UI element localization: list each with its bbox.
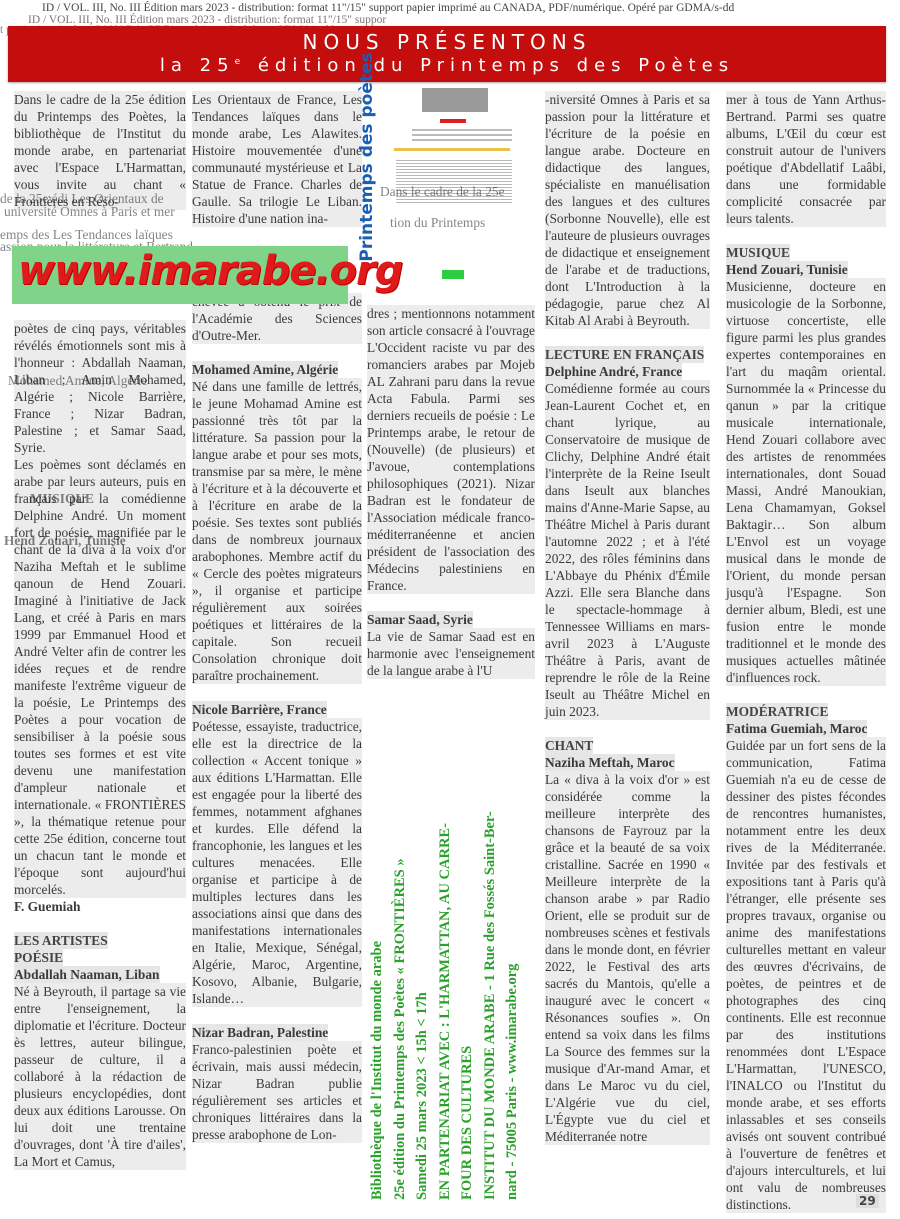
section-title-moderator: MODÉRATRICE <box>726 703 828 720</box>
poster-text-lines <box>412 126 512 144</box>
artist-bio: Franco-palestinien poète et écrivain, ma… <box>192 1041 362 1143</box>
bio-continued: Les Orientaux de France, Les Tendances l… <box>192 91 362 227</box>
artist-bio: La vie de Samar Saad est en harmonie ave… <box>367 628 535 679</box>
artist-bio: Né dans une famille de lettrés, le jeune… <box>192 378 362 684</box>
event-line: nard - 75005 Paris - www.imarabe.org <box>501 690 524 1200</box>
artist-bio: Guidée par un fort sens de la communicat… <box>726 737 886 1213</box>
poster-vertical-title: Printemps des poètes <box>356 86 378 228</box>
event-info-lines: Bibliothèque de l'Institut du monde arab… <box>366 690 524 1200</box>
subsection-poetry: POÉSIE <box>14 949 63 966</box>
section-title-artists: LES ARTISTES <box>14 932 108 949</box>
poster-green-badge <box>442 270 464 279</box>
bio-continued: dres ; mentionnons notamment son article… <box>367 305 535 594</box>
artist-bio: Né à Beyrouth, il partage sa vie entre l… <box>14 983 186 1170</box>
column-4: -niversité Omnes à Paris et sa passion p… <box>545 91 710 1145</box>
artist-name: Nicole Barrière, France <box>192 701 327 718</box>
bio-continued: mer à tous de Yann Arthus-Bertrand. Parm… <box>726 91 886 227</box>
artist-name: Mohamed Amine, Algérie <box>192 361 338 378</box>
bio-continued: -niversité Omnes à Paris et sa passion p… <box>545 91 710 329</box>
poster-red-tag <box>440 119 466 123</box>
event-line: Samedi 25 mars 2023 < 15h < 17h <box>411 690 434 1200</box>
artist-name: Samar Saad, Syrie <box>367 611 473 628</box>
artist-name: Fatima Guemiah, Maroc <box>726 720 867 737</box>
signature: F. Guemiah <box>14 898 186 915</box>
artist-bio: La « diva à la voix d'or » est considéré… <box>545 771 710 1145</box>
artist-bio: Musicienne, docteure en musicologie de l… <box>726 278 886 686</box>
banner-subtitle: la 25e édition du Printemps des Poètes <box>8 55 886 76</box>
artist-name: Nizar Badran, Palestine <box>192 1024 328 1041</box>
intro-event-paragraph: Les poèmes sont déclamés en arabe par le… <box>14 456 186 898</box>
event-info-vertical: Bibliothèque de l'Institut du monde arab… <box>366 690 538 1200</box>
event-line: Bibliothèque de l'Institut du monde arab… <box>366 690 389 1200</box>
website-url[interactable]: www.imarabe.org <box>18 248 402 294</box>
banner-subtitle-sup: e <box>235 57 247 67</box>
artist-name: Delphine André, France <box>545 363 682 380</box>
artist-name: Naziha Meftah, Maroc <box>545 754 675 771</box>
event-line: 25e édition du Printemps des Poètes « FR… <box>389 690 412 1200</box>
section-title-music: MUSIQUE <box>726 244 790 261</box>
poster-photo <box>422 88 488 112</box>
column-3: dres ; mentionnons notamment son article… <box>367 305 535 679</box>
event-line: INSTITUT DU MONDE ARABE - 1 Rue des Foss… <box>479 690 502 1200</box>
intro-poets-paragraph: poètes de cinq pays, véritables révélés … <box>14 320 186 456</box>
intro-paragraph: Dans le cadre de la 25e édition du Print… <box>14 91 186 210</box>
artist-bio: Poétesse, essayiste, traductrice, elle e… <box>192 718 362 1007</box>
website-url-banner[interactable]: www.imarabe.org <box>12 246 348 304</box>
artist-bio: Comédienne formée au cours Jean-Laurent … <box>545 380 710 720</box>
artist-name: Abdallah Naaman, Liban <box>14 966 160 983</box>
column-5: mer à tous de Yann Arthus-Bertrand. Parm… <box>726 91 886 1213</box>
title-banner: NOUS PRÉSENTONS la 25e édition du Printe… <box>8 26 886 82</box>
banner-subtitle-post: édition du Printemps des Poètes <box>246 55 734 76</box>
poster-yellow-line <box>394 148 510 151</box>
artist-name: Hend Zouari, Tunisie <box>726 261 848 278</box>
banner-subtitle-pre: la 25 <box>160 55 235 76</box>
section-title-song: CHANT <box>545 737 593 754</box>
event-line: FOUR DES CULTURES <box>456 690 479 1200</box>
poster-text-block <box>396 160 512 204</box>
poster-title-text: Printemps des poètes <box>357 52 377 261</box>
banner-title: NOUS PRÉSENTONS <box>8 30 886 54</box>
event-line: EN PARTENARIAT AVEC : L'HARMATTAN, AU CA… <box>434 690 457 1200</box>
page-number: 29 <box>856 1194 879 1208</box>
section-title-reading: LECTURE EN FRANÇAIS <box>545 346 704 363</box>
